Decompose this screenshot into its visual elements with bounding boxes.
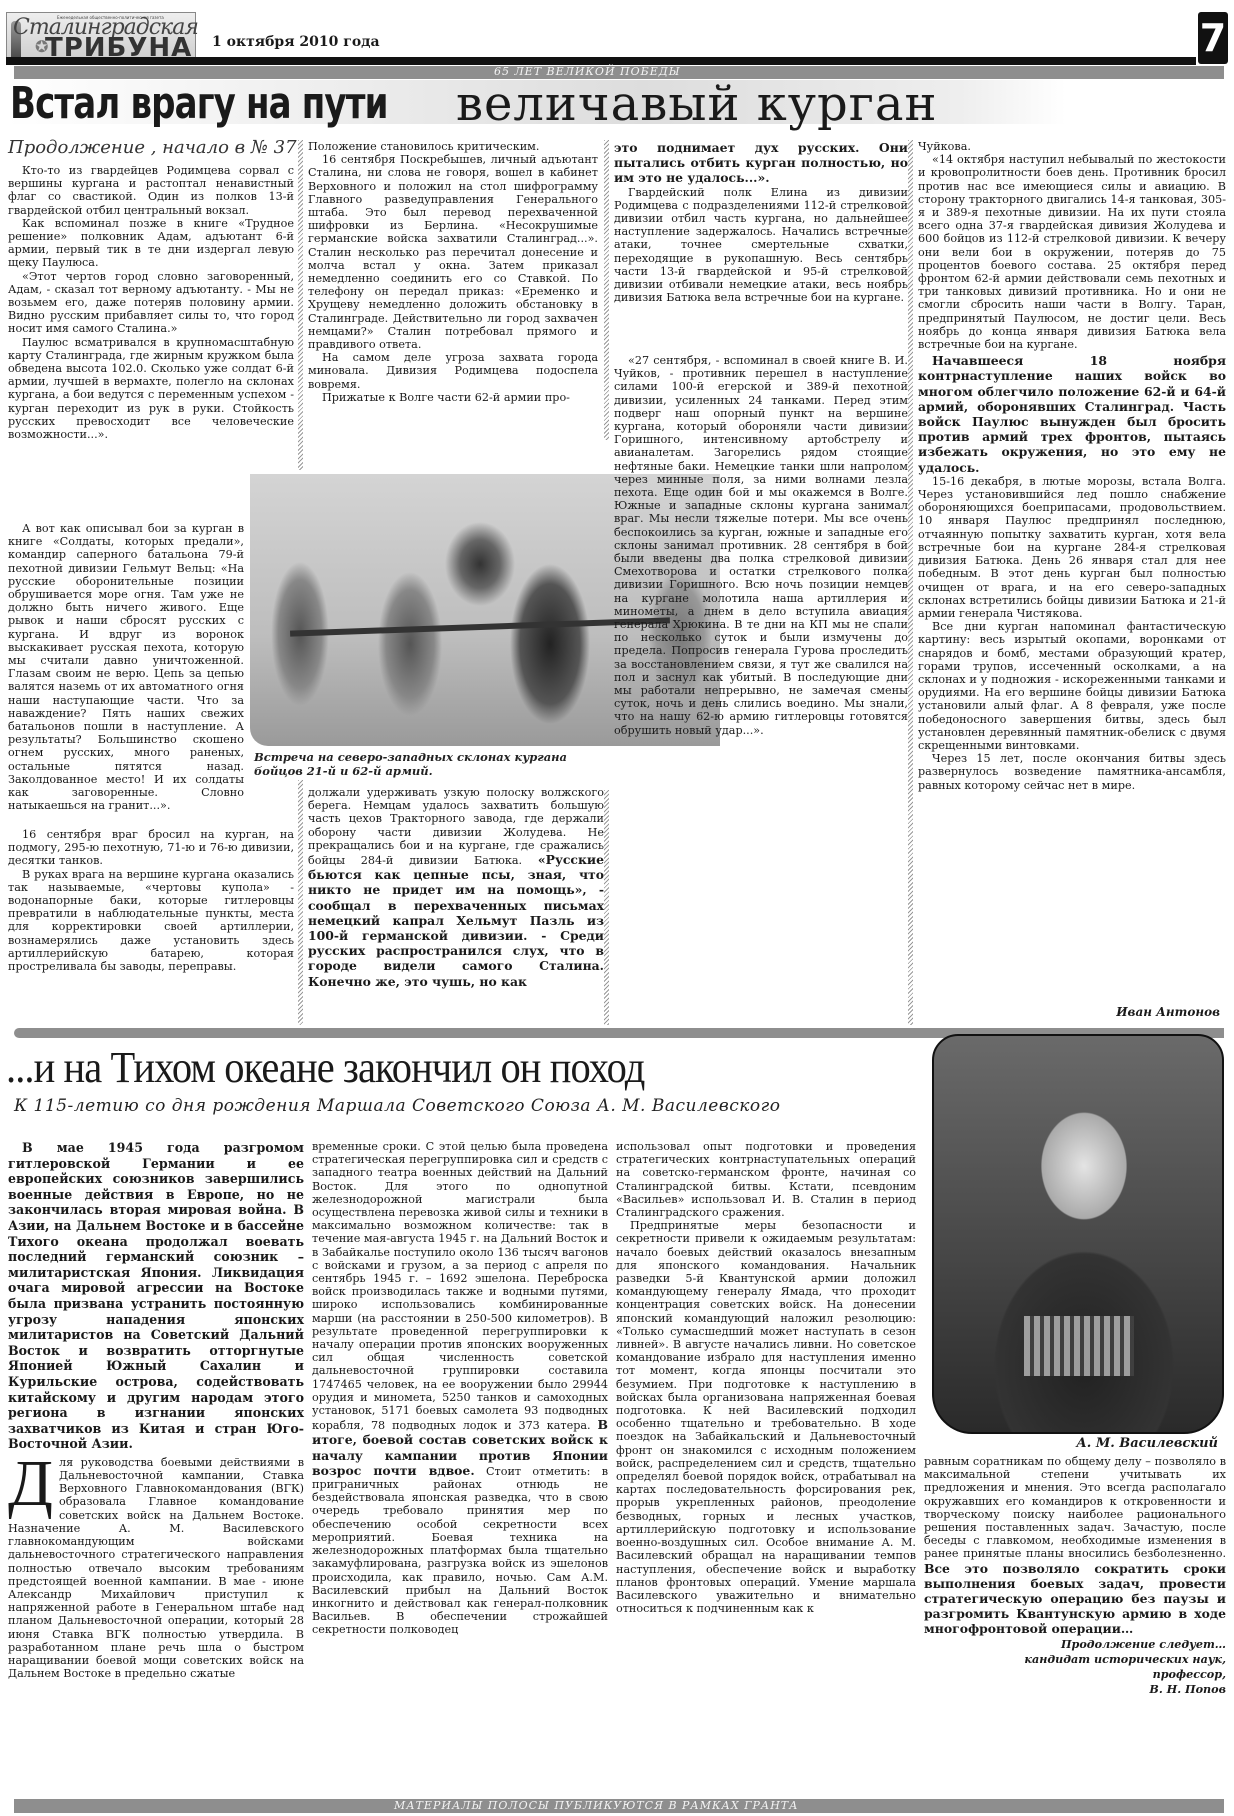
top-rule <box>6 57 1196 65</box>
column-divider <box>604 790 609 1025</box>
masthead: Сталинградская Еженедельная общественно-… <box>6 8 1228 64</box>
paragraph: «Этот чертов город словно заговоренный, … <box>8 270 294 336</box>
paragraph: «27 сентября, - вспоминал в своей книге … <box>614 354 908 1014</box>
text-run: Стоит отметить: в приграничных районах о… <box>312 1465 608 1636</box>
portrait-caption: А. М. Василевский <box>1076 1436 1218 1451</box>
article2-column-3: использовал опыт подготовки и проведения… <box>616 1140 916 1615</box>
author-degree: кандидат исторических наук, <box>924 1652 1226 1667</box>
paragraph: 15-16 декабря, в лютые морозы, встала Во… <box>918 475 1226 620</box>
paragraph: 16 сентября Поскребышев, личный адъютант… <box>308 153 598 351</box>
vasilevsky-portrait[interactable] <box>932 1034 1224 1434</box>
highlight-bold: Все это позволяло сократить сроки выполн… <box>924 1561 1226 1637</box>
article2-subtitle: К 115-летию со дня рождения Маршала Сове… <box>14 1096 780 1116</box>
text-run: временные сроки. С этой целью была прове… <box>312 1140 608 1432</box>
column-divider <box>298 780 303 1025</box>
signature-block: Продолжение следует… кандидат историческ… <box>924 1637 1226 1697</box>
column-divider <box>908 140 913 1025</box>
article1-column-4: Чуйкова. «14 октября наступил небывалый … <box>918 140 1226 792</box>
column-divider <box>604 140 609 440</box>
article1-column-3-quote: «27 сентября, - вспоминал в своей книге … <box>614 354 908 1014</box>
paragraph: А вот как описывал бои за курган в книге… <box>8 522 244 812</box>
article1-column-1: Кто-то из гвардейцев Родимцева сорвал с … <box>8 164 294 441</box>
article1-title-bold: Встал врагу на пути <box>10 78 388 129</box>
article1-column-1-bottom: 16 сентября враг бросил на курган, на по… <box>8 828 294 973</box>
article1-column-2: Положение становилось критическим. 16 се… <box>308 140 598 404</box>
highlight-bold: Начавшееся 18 ноября контрнаступление на… <box>918 353 1226 475</box>
column-divider <box>298 140 303 470</box>
paragraph: Прижатые к Волге части 62-й армии про- <box>308 391 598 404</box>
article1-author: Иван Антонов <box>1116 1005 1220 1019</box>
article1-title-light: величавый курган <box>456 76 937 132</box>
paragraph: Для руководства боевыми действиями в Дал… <box>8 1456 304 1680</box>
to-be-continued: Продолжение следует… <box>924 1637 1226 1652</box>
paragraph: Гвардейский полк Елина из дивизии Родимц… <box>614 186 908 305</box>
author-position: профессор, <box>924 1667 1226 1682</box>
continuation-note: Продолжение , начало в № 37 <box>8 137 297 158</box>
paragraph: Предпринятые меры безопасности и секретн… <box>616 1219 916 1615</box>
article1-column-2-bottom: должали удерживать узкую полоску волжско… <box>308 786 604 989</box>
paragraph: 16 сентября враг бросил на курган, на по… <box>8 828 294 868</box>
paragraph: Паулюс всматривался в крупномасштабную к… <box>8 336 294 442</box>
article1-column-3: это поднимает дух русских. Они пытались … <box>614 140 908 304</box>
issue-date: 1 октября 2010 года <box>212 34 380 50</box>
article2-author: В. Н. Попов <box>924 1682 1226 1697</box>
bottom-band: МАТЕРИАЛЫ ПОЛОСЫ ПУБЛИКУЮТСЯ В РАМКАХ ГР… <box>14 1799 1224 1813</box>
paragraph: «14 октября наступил небывалый по жесток… <box>918 153 1226 351</box>
drop-cap: Д <box>8 1458 53 1510</box>
text-run: равным соратникам по общему делу – позво… <box>924 1455 1226 1560</box>
page-number: 7 <box>1198 12 1228 64</box>
quote-bold: это поднимает дух русских. Они пытались … <box>614 140 908 186</box>
grant-note: МАТЕРИАЛЫ ПОЛОСЫ ПУБЛИКУЮТСЯ В РАМКАХ ГР… <box>394 1799 798 1812</box>
article1-column-1-wrap: А вот как описывал бои за курган в книге… <box>8 522 244 812</box>
article1-headline: Встал врагу на пути величавый курган <box>6 80 1066 124</box>
logo-tagline: Еженедельная общественно-политическая га… <box>57 15 164 20</box>
paragraph: Чуйкова. <box>918 140 1226 153</box>
paragraph: временные сроки. С этой целью была прове… <box>312 1140 608 1637</box>
paragraph: Все дни курган напоминал фантастическую … <box>918 620 1226 752</box>
article2-column-2: временные сроки. С этой целью была прове… <box>312 1140 608 1637</box>
paragraph: должали удерживать узкую полоску волжско… <box>308 786 604 989</box>
article2-headline: ...и на Тихом океане закончил он поход <box>6 1042 644 1093</box>
paragraph: Кто-то из гвардейцев Родимцева сорвал с … <box>8 164 294 217</box>
paragraph: Как вспоминал позже в книге «Трудное реш… <box>8 217 294 270</box>
paragraph: Через 15 лет, после окончания битвы здес… <box>918 752 1226 792</box>
paragraph: На самом деле угроза захвата города мино… <box>308 351 598 391</box>
paragraph: В руках врага на вершине кургана оказали… <box>8 868 294 974</box>
paragraph: использовал опыт подготовки и проведения… <box>616 1140 916 1219</box>
lead-paragraph: В мае 1945 года разгромом гитлеровской Г… <box>8 1140 304 1452</box>
photo-caption: Встреча на северо-западных склонах курга… <box>254 750 584 778</box>
paragraph: равным соратникам по общему делу – позво… <box>924 1455 1226 1637</box>
article2-column-4: равным соратникам по общему делу – позво… <box>924 1455 1226 1697</box>
paragraph: Положение становилось критическим. <box>308 140 598 153</box>
quote-bold: «Русские бьются как цепные псы, зная, чт… <box>308 852 604 989</box>
article2-column-1: В мае 1945 года разгромом гитлеровской Г… <box>8 1140 304 1680</box>
